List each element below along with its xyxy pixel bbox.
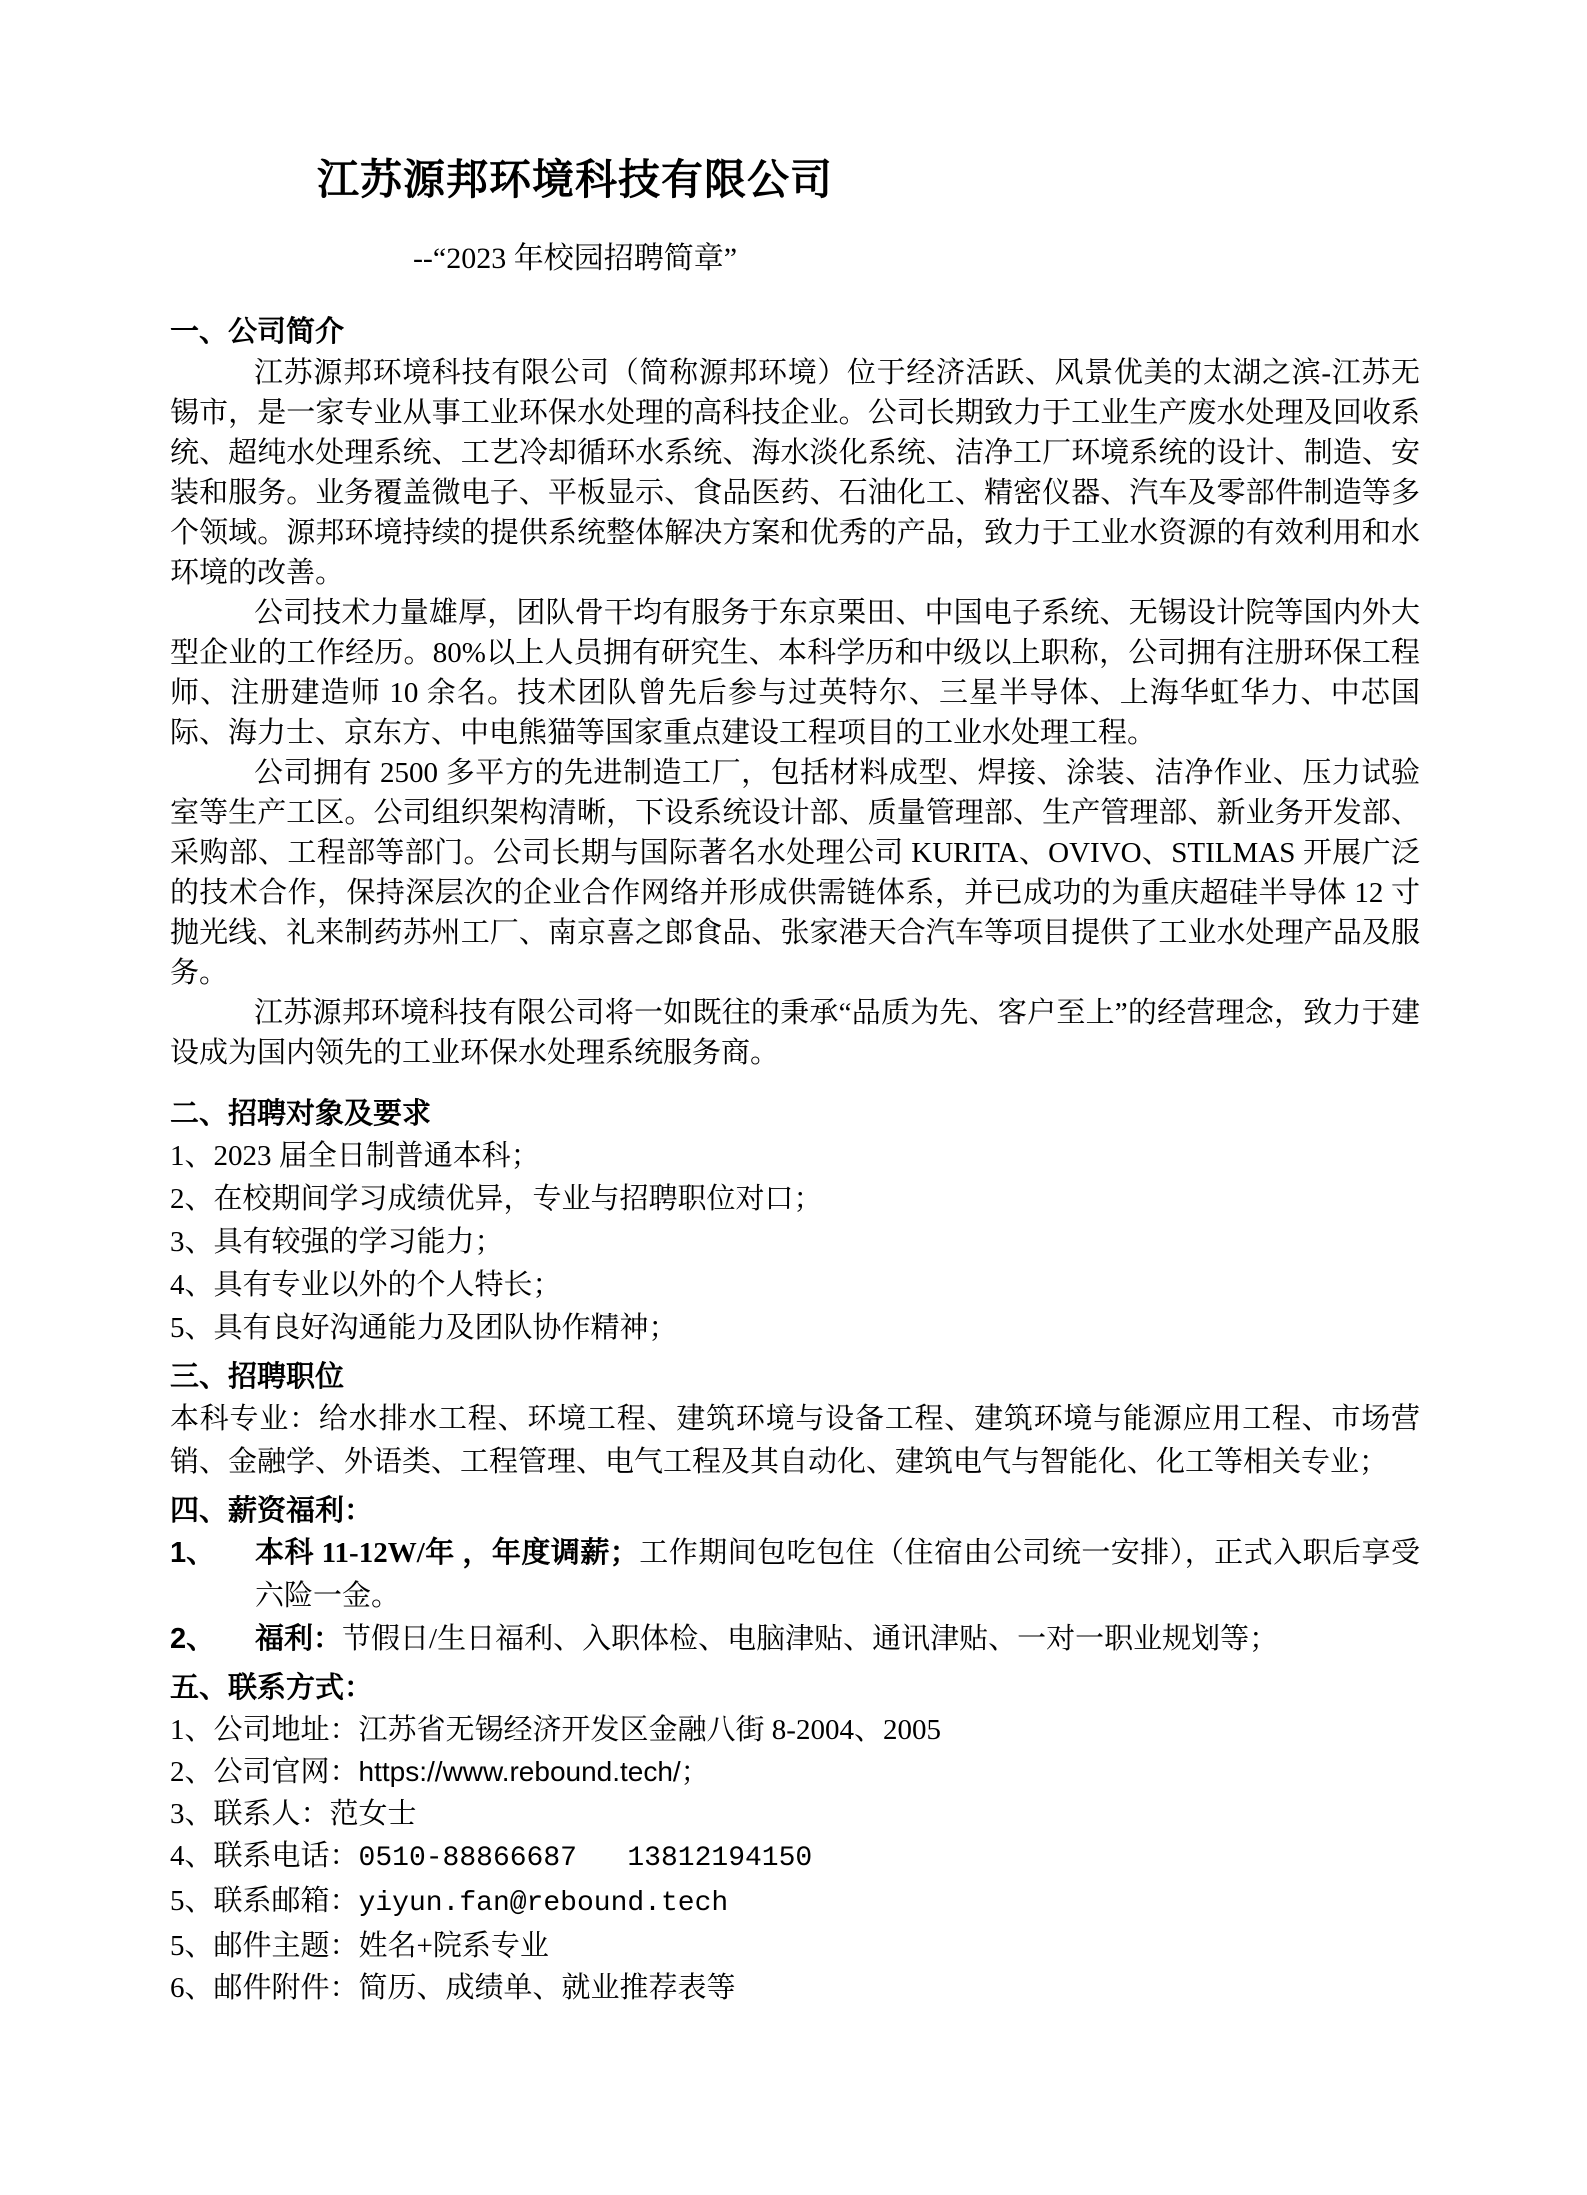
intro-paragraph-1: 江苏源邦环境科技有限公司（简称源邦环境）位于经济活跃、风景优美的太湖之滨-江苏无… — [170, 353, 1420, 593]
contact-item-mail-subject: 5、邮件主题：姓名+院系专业 — [170, 1925, 1420, 1967]
salary-item-2-highlight: 福利： — [255, 1623, 342, 1655]
salary-item-2: 2、 福利：节假日/生日福利、入职体检、电脑津贴、通讯津贴、一对一职业规划等； — [170, 1618, 1420, 1661]
salary-item-2-number: 2、 — [170, 1618, 215, 1661]
contact-item-label: 联系电话： — [214, 1840, 359, 1872]
contact-item-mail-attachment: 6、邮件附件：简历、成绩单、就业推荐表等 — [170, 1967, 1420, 2009]
contact-item-website: 2、公司官网：https://www.rebound.tech/； — [170, 1751, 1420, 1793]
salary-item-1-highlight: 本科 11-12W/年 ，年度调薪； — [255, 1537, 639, 1569]
contact-email-value: yiyun.fan@rebound.tech — [359, 1888, 729, 1919]
contact-item-email: 5、联系邮箱：yiyun.fan@rebound.tech — [170, 1880, 1420, 1925]
salary-list: 1、 本科 11-12W/年 ，年度调薪；工作期间包吃包住（住宿由公司统一安排）… — [170, 1532, 1420, 1661]
intro-paragraph-3: 公司拥有 2500 多平方的先进制造工厂，包括材料成型、焊接、涂装、洁净作业、压… — [170, 753, 1420, 993]
contact-item-label: 联系人： — [214, 1798, 330, 1830]
contact-phone-value: 0510-88866687 13812194150 — [359, 1843, 813, 1874]
contact-item-number: 5、 — [170, 1885, 214, 1917]
contact-item-person: 3、联系人：范女士 — [170, 1793, 1420, 1835]
contact-mail-attachment-value: 简历、成绩单、就业推荐表等 — [359, 1972, 736, 2004]
section-intro-heading: 一、公司简介 — [170, 311, 1420, 353]
contact-person-value: 范女士 — [330, 1798, 417, 1830]
contact-website-url: https://www.rebound.tech/； — [359, 1756, 709, 1787]
document-page: 江苏源邦环境科技有限公司 --“2023 年校园招聘简章” 一、公司简介 江苏源… — [0, 0, 1587, 2195]
section-contact-heading: 五、联系方式： — [170, 1667, 1420, 1709]
contact-mail-subject-value: 姓名+院系专业 — [359, 1930, 549, 1962]
contact-item-number: 1、 — [170, 1714, 214, 1746]
requirement-item: 1、2023 届全日制普通本科； — [170, 1135, 1420, 1178]
doc-subtitle: --“2023 年校园招聘简章” — [170, 239, 980, 279]
contact-item-label: 公司地址： — [214, 1714, 359, 1746]
section-salary-heading: 四、薪资福利： — [170, 1490, 1420, 1532]
intro-paragraph-2: 公司技术力量雄厚，团队骨干均有服务于东京栗田、中国电子系统、无锡设计院等国内外大… — [170, 593, 1420, 753]
requirement-item: 2、在校期间学习成绩优异，专业与招聘职位对口； — [170, 1178, 1420, 1221]
intro-paragraph-4: 江苏源邦环境科技有限公司将一如既往的秉承“品质为先、客户至上”的经营理念，致力于… — [170, 993, 1420, 1073]
contact-item-number: 4、 — [170, 1840, 214, 1872]
contact-item-address: 1、公司地址：江苏省无锡经济开发区金融八街 8-2004、2005 — [170, 1709, 1420, 1751]
positions-body: 本科专业：给水排水工程、环境工程、建筑环境与设备工程、建筑环境与能源应用工程、市… — [170, 1398, 1420, 1484]
contact-list: 1、公司地址：江苏省无锡经济开发区金融八街 8-2004、2005 2、公司官网… — [170, 1709, 1420, 2009]
contact-item-label: 联系邮箱： — [214, 1885, 359, 1917]
requirement-item: 3、具有较强的学习能力； — [170, 1221, 1420, 1264]
contact-address-value: 江苏省无锡经济开发区金融八街 8-2004、2005 — [359, 1714, 941, 1746]
requirement-item: 5、具有良好沟通能力及团队协作精神； — [170, 1307, 1420, 1350]
contact-item-number: 2、 — [170, 1756, 214, 1788]
contact-item-number: 6、 — [170, 1972, 214, 2004]
section-positions-heading: 三、招聘职位 — [170, 1356, 1420, 1398]
section-requirements-heading: 二、招聘对象及要求 — [170, 1093, 1420, 1135]
requirements-list: 1、2023 届全日制普通本科； 2、在校期间学习成绩优异，专业与招聘职位对口；… — [170, 1135, 1420, 1350]
contact-item-number: 5、 — [170, 1930, 214, 1962]
salary-item-1-number: 1、 — [170, 1532, 215, 1575]
salary-item-2-text: 节假日/生日福利、入职体检、电脑津贴、通讯津贴、一对一职业规划等； — [342, 1623, 1278, 1655]
doc-title: 江苏源邦环境科技有限公司 — [170, 155, 980, 205]
contact-item-label: 邮件主题： — [214, 1930, 359, 1962]
contact-item-number: 3、 — [170, 1798, 214, 1830]
contact-item-phone: 4、联系电话：0510-88866687 13812194150 — [170, 1835, 1420, 1880]
contact-item-label: 邮件附件： — [214, 1972, 359, 2004]
contact-item-label: 公司官网： — [214, 1756, 359, 1788]
salary-item-1: 1、 本科 11-12W/年 ，年度调薪；工作期间包吃包住（住宿由公司统一安排）… — [170, 1532, 1420, 1618]
requirement-item: 4、具有专业以外的个人特长； — [170, 1264, 1420, 1307]
